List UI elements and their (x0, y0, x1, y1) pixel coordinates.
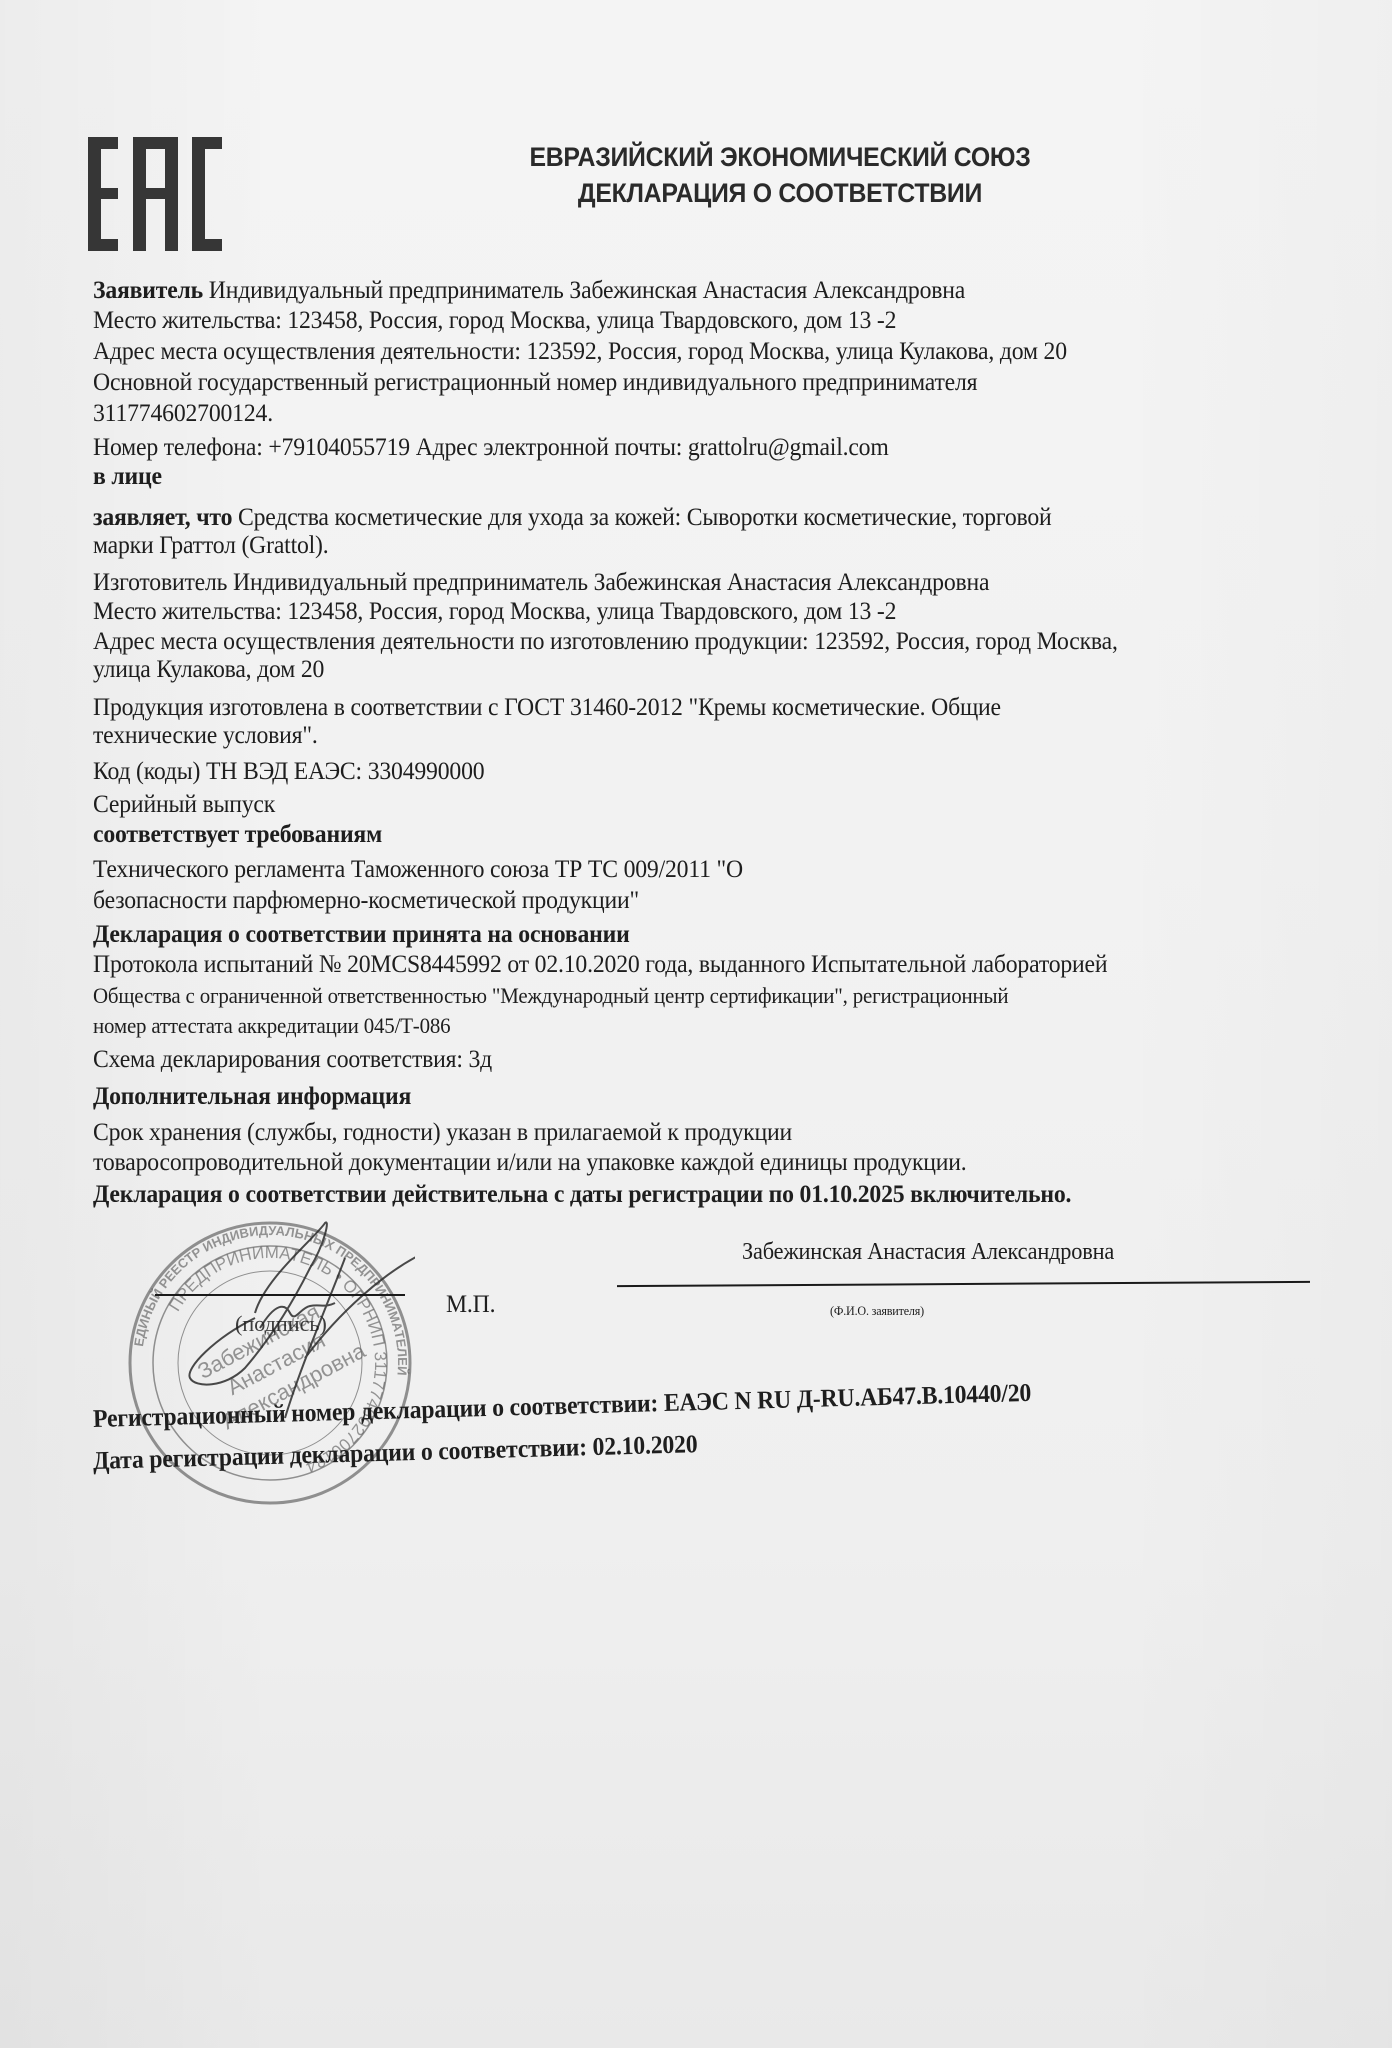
additional-info-label: Дополнительная информация (93, 1082, 411, 1110)
basis-line-3: номер аттестата аккредитации 045/Т-086 (93, 1012, 450, 1040)
signature-caption: (подпись) (235, 1310, 327, 1338)
union-title: ЕВРАЗИЙСКИЙ ЭКОНОМИЧЕСКИЙ СОЮЗ (430, 142, 1129, 173)
declaration-scheme: Схема декларирования соответствия: 3д (93, 1045, 492, 1073)
requirements-line-2: безопасности парфюмерно-косметической пр… (93, 886, 639, 914)
applicant-label: Заявитель (93, 275, 203, 304)
production-address-2: улица Кулакова, дом 20 (93, 655, 324, 683)
additional-info-line-1: Срок хранения (службы, годности) указан … (93, 1118, 792, 1146)
standard-line-1: Продукция изготовлена в соответствии с Г… (93, 693, 1001, 721)
name-caption: (Ф.И.О. заявителя) (830, 1297, 924, 1325)
declaration-title: ДЕКЛАРАЦИЯ О СООТВЕТСТВИИ (430, 178, 1129, 209)
name-line (617, 1281, 1310, 1287)
tn-ved-code: Код (коды) ТН ВЭД ЕАЭС: 3304990000 (93, 757, 484, 785)
validity-statement: Декларация о соответствии действительна … (93, 1180, 1071, 1208)
seal-label: М.П. (446, 1290, 495, 1318)
applicant-activity-address: Адрес места осуществления деятельности: … (93, 337, 1067, 365)
ogrnip-number: 311774602700124. (93, 399, 273, 427)
declares-line: заявляет, что Средства косметические для… (93, 503, 1052, 531)
production-address-1: Адрес места осуществления деятельности п… (93, 627, 1118, 655)
requirements-line-1: Технического регламента Таможенного союз… (93, 855, 743, 883)
basis-line-1: Протокола испытаний № 20MCS8445992 от 02… (93, 950, 1107, 978)
requirements-label: соответствует требованиям (93, 820, 382, 848)
standard-line-2: технические условия". (93, 721, 318, 749)
ogrnip-label: Основной государственный регистрационный… (93, 368, 977, 396)
applicant-line: Заявитель Индивидуальный предприниматель… (93, 276, 965, 304)
applicant-name-signature: Забежинская Анастасия Александровна (742, 1238, 1114, 1266)
in-person-label: в лице (93, 462, 162, 490)
signature-line (155, 1294, 405, 1296)
product-description: Средства косметические для ухода за коже… (232, 502, 1051, 531)
release-type: Серийный выпуск (93, 790, 275, 818)
basis-line-2: Общества с ограниченной ответственностью… (93, 982, 1008, 1010)
applicant-name: Индивидуальный предприниматель Забежинск… (203, 275, 965, 304)
applicant-contacts: Номер телефона: +79104055719 Адрес элект… (93, 433, 889, 461)
additional-info-line-2: товаросопроводительной документации и/ил… (93, 1148, 967, 1176)
basis-label: Декларация о соответствии принята на осн… (93, 920, 630, 948)
manufacturer-residence: Место жительства: 123458, Россия, город … (93, 597, 896, 625)
eac-logo (88, 137, 222, 251)
manufacturer-name: Изготовитель Индивидуальный предпринимат… (93, 568, 989, 596)
applicant-residence: Место жительства: 123458, Россия, город … (93, 306, 896, 334)
product-brand: марки Граттол (Grattol). (93, 531, 329, 559)
declares-label: заявляет, что (93, 502, 232, 531)
